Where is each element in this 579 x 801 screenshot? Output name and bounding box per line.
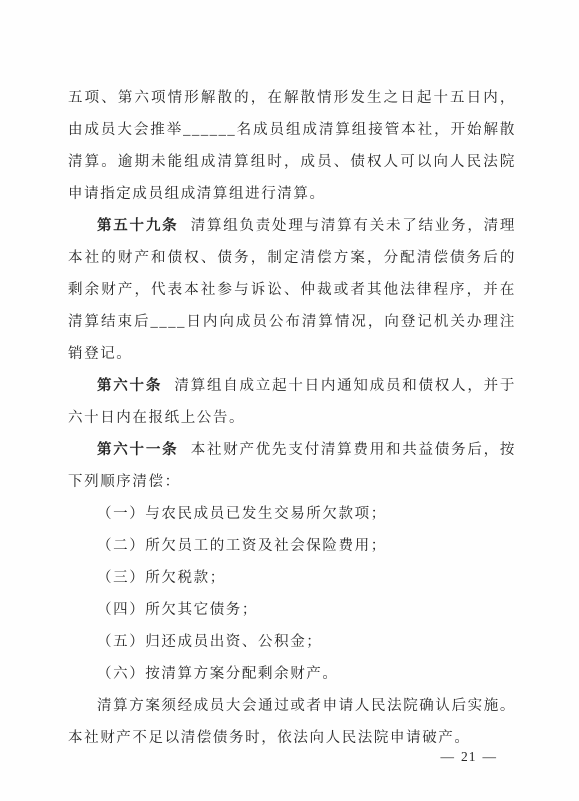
- list-item-6: （六）按清算方案分配剩余财产。: [68, 658, 516, 690]
- document-page: { "page": { "number": "21", "dash": "—" …: [0, 0, 579, 801]
- paragraph-article-59: 第五十九条清算组负责处理与清算有关未了结业务，清理本社的财产和债权、债务，制定清…: [68, 210, 516, 370]
- article-60-number: 第六十条: [97, 378, 162, 394]
- list-item-4: （四）所欠其它债务；: [68, 594, 516, 626]
- document-body: 五项、第六项情形解散的，在解散情形发生之日起十五日内，由成员大会推举______…: [68, 82, 516, 754]
- page-number-value: 21: [461, 749, 477, 764]
- page-number-dash-right: —: [483, 749, 498, 765]
- article-61-number: 第六十一条: [97, 442, 178, 458]
- page-background: 五项、第六项情形解散的，在解散情形发生之日起十五日内，由成员大会推举______…: [0, 0, 579, 801]
- list-item-2: （二）所欠员工的工资及社会保险费用；: [68, 530, 516, 562]
- list-item-1: （一）与农民成员已发生交易所欠款项；: [68, 498, 516, 530]
- list-item-3: （三）所欠税款；: [68, 562, 516, 594]
- article-59-number: 第五十九条: [97, 218, 178, 234]
- article-59-text: 清算组负责处理与清算有关未了结业务，清理本社的财产和债权、债务，制定清偿方案，分…: [68, 218, 516, 362]
- page-number-dash-left: —: [441, 749, 456, 765]
- paragraph-article-60: 第六十条清算组自成立起十日内通知成员和债权人，并于六十日内在报纸上公告。: [68, 370, 516, 434]
- paragraph-closing: 清算方案须经成员大会通过或者申请人民法院确认后实施。本社财产不足以清偿债务时，依…: [68, 690, 516, 754]
- page-number: —21—: [435, 749, 504, 765]
- list-item-5: （五）归还成员出资、公积金；: [68, 626, 516, 658]
- paragraph-article-61: 第六十一条本社财产优先支付清算费用和共益债务后，按下列顺序清偿：: [68, 434, 516, 498]
- paragraph-dissolution-continued: 五项、第六项情形解散的，在解散情形发生之日起十五日内，由成员大会推举______…: [68, 82, 516, 210]
